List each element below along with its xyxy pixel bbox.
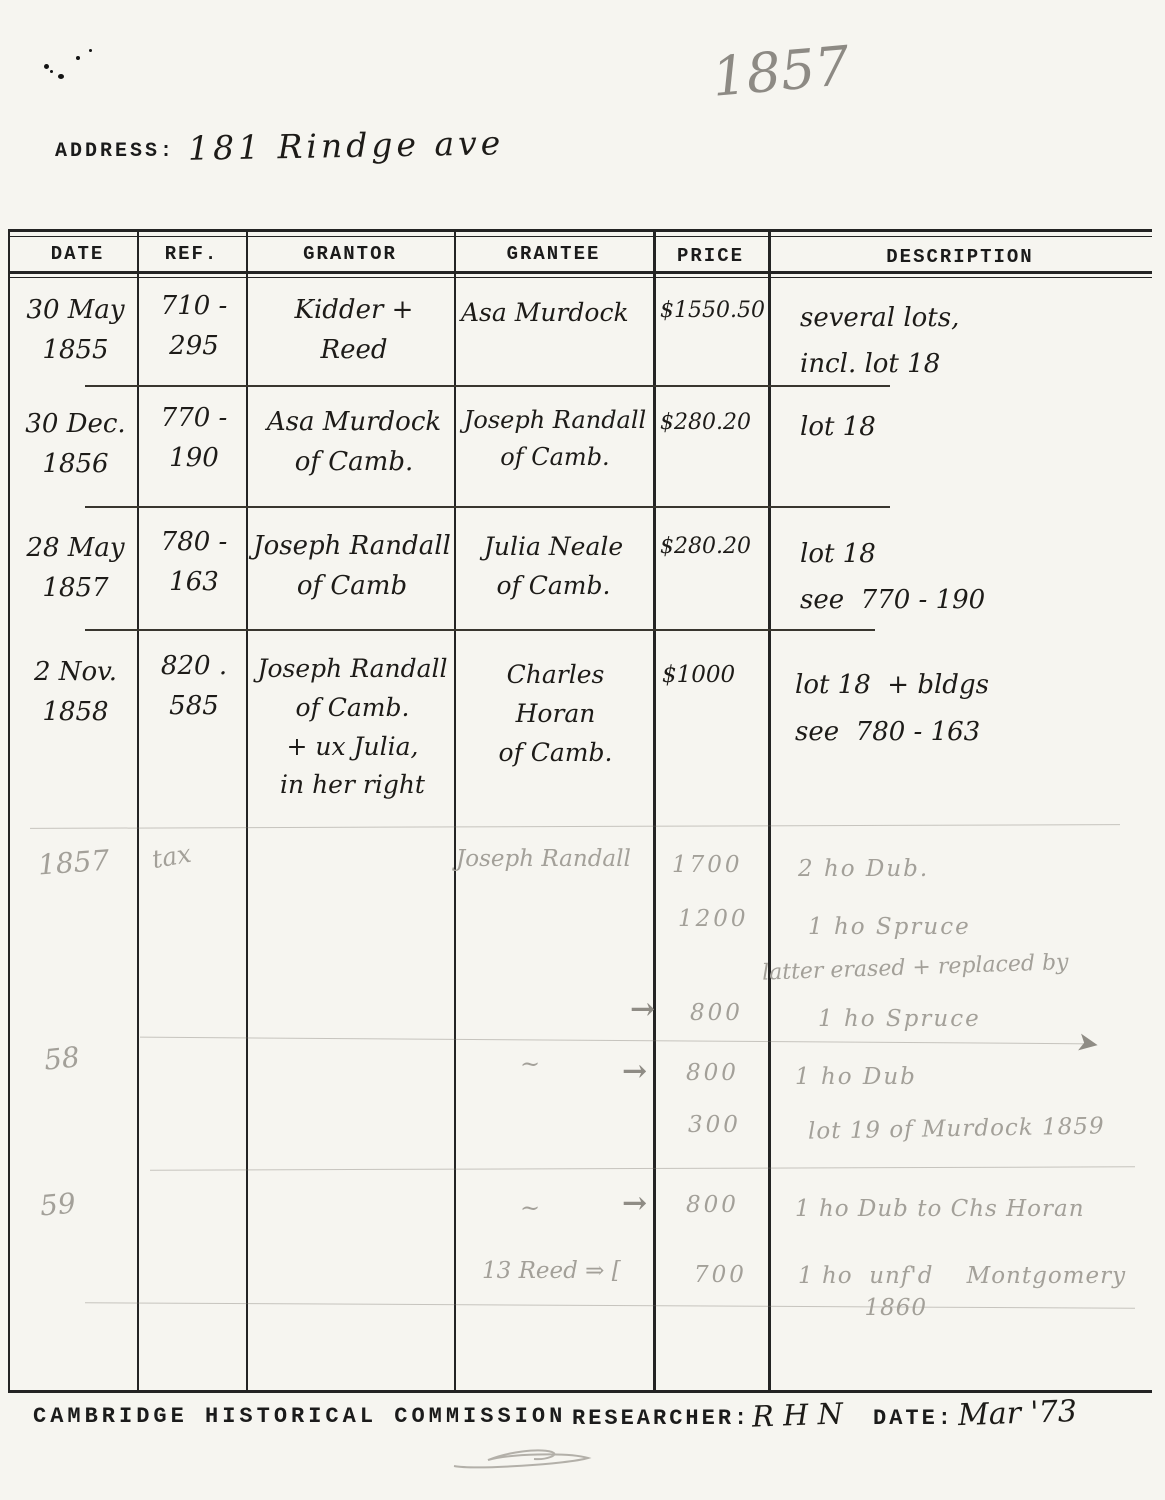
pencil-cell-date: 58 (42, 1040, 81, 1077)
pencil-arrow: → (622, 1054, 647, 1089)
cell-date: 28 May 1857 (18, 528, 133, 609)
cell-grantee: Asa Murdock (461, 294, 661, 333)
cell-ref: 770 - 190 (148, 398, 240, 479)
row-separator (85, 506, 890, 508)
cell-ref: 780 - 163 (148, 522, 240, 603)
cell-grantee: Charles Horan of Camb. (458, 656, 653, 772)
cell-price: $280.20 (660, 534, 751, 559)
pencil-cell-description: latter erased + replaced by (762, 947, 1143, 985)
pencil-ditto-mark: ~ (520, 1194, 540, 1222)
col-line-price-description (768, 229, 771, 1392)
cell-description: lot 18 see 770 - 190 (800, 532, 1140, 623)
pencil-arrow: → (622, 1186, 647, 1221)
header-bottom-rule-thin (8, 277, 1152, 278)
cell-ref: 820 . 585 (148, 646, 240, 727)
cell-grantor: Joseph Randall of Camb. + ux Julia, in h… (250, 650, 455, 805)
cell-grantee: Julia Neale of Camb. (455, 528, 652, 606)
cell-ref: 710 - 295 (148, 286, 240, 367)
pencil-cell-grantee: 13 Reed ⇒ [ (482, 1258, 621, 1284)
table-bottom-rule (8, 1390, 1152, 1393)
pencil-scribble-mark (448, 1444, 598, 1474)
cell-price: $1550.50 (660, 298, 765, 323)
cell-grantor: Kidder + Reed (258, 290, 450, 371)
pencil-cell-description: 1 ho unf'd Montgomery 1860 (798, 1260, 1143, 1324)
pencil-cell-description: 1 ho Dub (795, 1064, 917, 1090)
pencil-arrow: → (630, 992, 655, 1027)
ink-speck (44, 64, 49, 69)
col-line-date-ref (137, 229, 139, 1392)
pencil-cell-description: 2 ho Dub. (798, 856, 929, 882)
header-description: DESCRIPTION (768, 246, 1152, 268)
pencil-line-arrowhead: ➤ (1076, 1026, 1101, 1058)
ink-speck (76, 56, 80, 60)
header-date: DATE (18, 243, 137, 265)
address-label: ADDRESS: (55, 140, 175, 163)
header-bottom-rule (8, 271, 1152, 274)
pencil-cell-grantee: Joseph Randall (456, 846, 656, 872)
pencil-cell-price: 800 (690, 1000, 743, 1026)
header-grantor: GRANTOR (246, 243, 454, 265)
cell-grantor: Joseph Randall of Camb (252, 526, 452, 607)
row-separator (85, 385, 890, 387)
pencil-cell-price: 1200 (678, 906, 749, 932)
cell-grantor: Asa Murdock of Camb. (258, 402, 450, 483)
footer-researcher-label: RESEARCHER: (572, 1406, 750, 1431)
header-ref: REF. (137, 243, 246, 265)
table-left-border (8, 229, 10, 1392)
cell-price: $280.20 (660, 410, 751, 435)
pencil-guide-line (140, 1037, 1090, 1045)
pencil-guide-line (30, 824, 1120, 829)
table-top-rule (8, 229, 1152, 232)
pencil-cell-price: 700 (694, 1262, 747, 1288)
ink-speck (50, 70, 53, 73)
row-separator (85, 629, 875, 631)
header-price: PRICE (653, 245, 768, 267)
pencil-cell-description: 1 ho Spruce (808, 914, 971, 940)
pencil-cell-date: 59 (39, 1187, 77, 1223)
pencil-guide-line (150, 1166, 1135, 1170)
pencil-cell-description: 1 ho Dub to Chs Horan (795, 1196, 1085, 1222)
pencil-cell-description: lot 19 of Murdock 1859 (808, 1113, 1105, 1144)
pencil-ditto-mark: ~ (520, 1050, 540, 1078)
cell-description: lot 18 + bldgs see 780 - 163 (795, 662, 1140, 756)
col-line-ref-grantor (246, 229, 248, 1392)
year-annotation: 1857 (710, 34, 852, 109)
pencil-cell-price: 1700 (672, 852, 743, 878)
cell-description: lot 18 (800, 412, 876, 442)
pencil-cell-date: 1857 (37, 844, 110, 882)
cell-date: 30 May 1855 (18, 290, 133, 371)
footer-date-value: Mar '73 (957, 1394, 1077, 1433)
ink-speck (89, 49, 92, 52)
cell-description: several lots, incl. lot 18 (800, 296, 1130, 387)
footer-date-label: DATE: (873, 1406, 954, 1431)
cell-date: 30 Dec. 1856 (18, 404, 133, 485)
pencil-cell-price: 300 (688, 1112, 741, 1138)
cell-date: 2 Nov. 1858 (18, 652, 133, 733)
cell-grantee: Joseph Randall of Camb. (455, 402, 655, 476)
ink-speck (58, 74, 64, 79)
pencil-cell-price: 800 (686, 1060, 739, 1086)
pencil-cell-ref: tax (150, 839, 194, 874)
address-value: 181 Rindge ave (188, 123, 505, 168)
pencil-cell-price: 800 (686, 1192, 739, 1218)
pencil-cell-description: 1 ho Spruce (818, 1006, 981, 1032)
table-top-rule-thin (8, 236, 1152, 237)
scanned-document-page: 1857 ADDRESS: 181 Rindge ave DATE REF. G… (0, 0, 1165, 1500)
header-grantee: GRANTEE (454, 243, 653, 265)
footer-researcher-value: R H N (751, 1396, 843, 1433)
cell-price: $1000 (662, 662, 735, 688)
footer-org: CAMBRIDGE HISTORICAL COMMISSION (33, 1404, 566, 1429)
